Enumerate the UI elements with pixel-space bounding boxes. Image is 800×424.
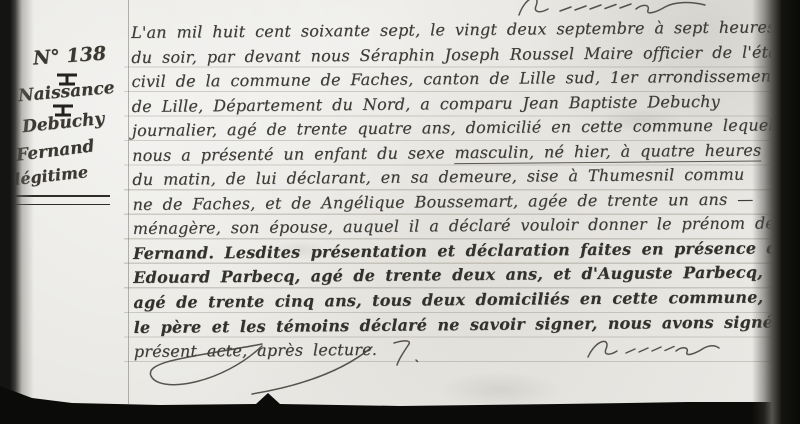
underlined-phrase: masculin, né hier, à quatre heures (455, 140, 762, 164)
left-edge-shadow (0, 0, 34, 424)
right-edge-shadow (752, 0, 800, 424)
act-line-text: nous a présenté un enfant du sexe (132, 143, 455, 165)
top-signature-scribble (519, 0, 705, 15)
act-number: N° 138 (32, 42, 107, 69)
act-text-block: L'an mil huit cent soixante sept, le vin… (131, 15, 786, 364)
bottom-edge-shadow (0, 376, 800, 424)
scanned-register-page: N° 138 Naissance Debuchy Fernand légitim… (0, 0, 800, 424)
margin-vertical-rule (128, 0, 129, 404)
act-line: présent acte, après lecture. (134, 334, 786, 364)
